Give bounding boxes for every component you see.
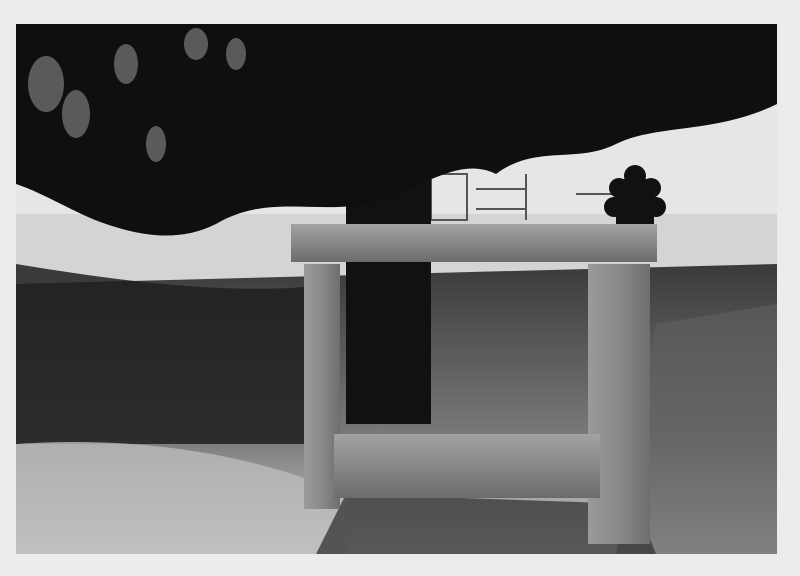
stone-bench-slab xyxy=(334,434,600,498)
stone-post-right xyxy=(588,264,650,544)
photograph xyxy=(16,24,777,554)
photo-scene xyxy=(16,24,777,554)
shrub-left xyxy=(16,264,316,444)
stone-lintel xyxy=(291,224,657,262)
